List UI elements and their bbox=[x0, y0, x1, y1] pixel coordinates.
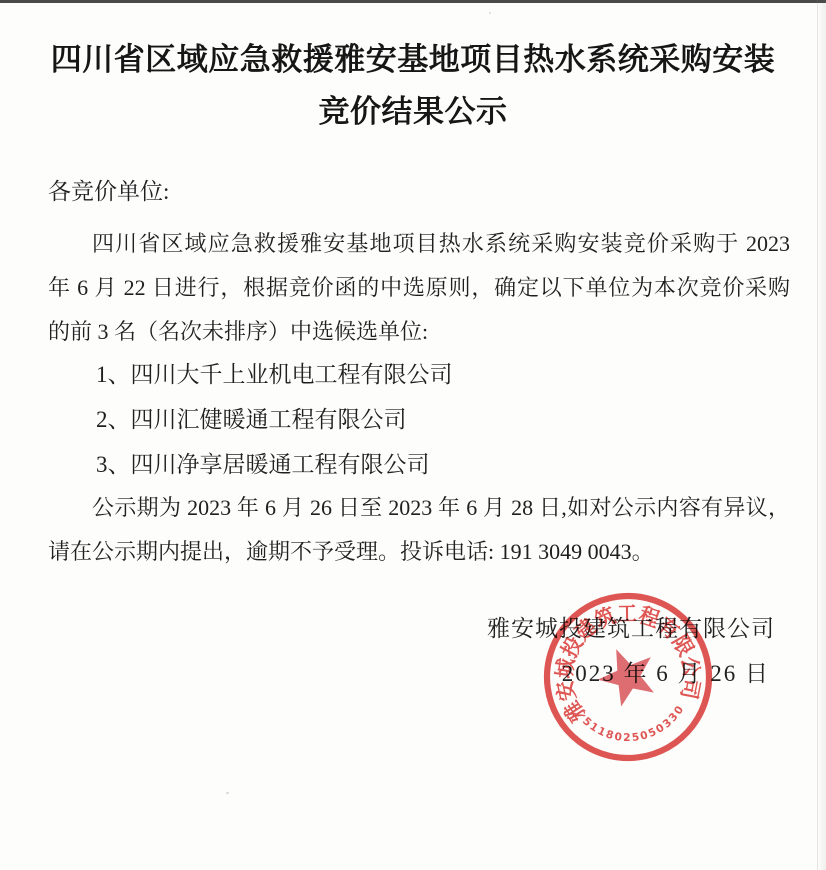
scan-edge-top-artifact bbox=[0, 0, 826, 3]
paragraph-intro-line2: 年 6 月 22 日进行，根据竞价函的中选原则，确定以下单位为本次竞价采购 bbox=[48, 266, 790, 310]
signature-company: 雅安城投建筑工程有限公司 bbox=[487, 614, 775, 644]
seal-serial-number: 5118025050330 bbox=[579, 701, 691, 751]
svg-text:5118025050330: 5118025050330 bbox=[579, 701, 691, 751]
candidate-list: 1、四川大千上业机电工程有限公司 2、四川汇健暖通工程有限公司 3、四川净享居暖… bbox=[96, 352, 790, 487]
paragraph-publicity-line1: 公示期为 2023 年 6 月 26 日至 2023 年 6 月 28 日,如对… bbox=[48, 486, 790, 530]
document-title: 四川省区域应急救援雅安基地项目热水系统采购安装 竞价结果公示 bbox=[0, 34, 826, 138]
candidate-item-3: 3、四川净享居暖通工程有限公司 bbox=[96, 442, 790, 487]
salutation: 各竞价单位: bbox=[48, 176, 169, 208]
candidate-item-2: 2、四川汇健暖通工程有限公司 bbox=[96, 397, 790, 442]
paragraph-publicity-period: 公示期为 2023 年 6 月 26 日至 2023 年 6 月 28 日,如对… bbox=[48, 486, 790, 574]
paragraph-intro-line3: 的前 3 名（名次未排序）中选候选单位: bbox=[48, 310, 790, 354]
document-title-line2: 竞价结果公示 bbox=[0, 86, 826, 138]
scan-speck bbox=[489, 12, 491, 14]
scanned-document-page: 四川省区域应急救援雅安基地项目热水系统采购安装 竞价结果公示 各竞价单位: 四川… bbox=[0, 0, 826, 870]
paragraph-intro: 四川省区域应急救援雅安基地项目热水系统采购安装竞价采购于 2023 年 6 月 … bbox=[48, 222, 790, 354]
candidate-item-1: 1、四川大千上业机电工程有限公司 bbox=[96, 352, 790, 397]
scan-speck bbox=[226, 792, 229, 794]
paragraph-intro-line1: 四川省区域应急救援雅安基地项目热水系统采购安装竞价采购于 2023 bbox=[48, 222, 790, 266]
paragraph-publicity-line2: 请在公示期内提出，逾期不予受理。投诉电话: 191 3049 0043。 bbox=[48, 530, 790, 574]
signature-date: 2023 年 6 月 26 日 bbox=[562, 659, 770, 689]
document-title-line1: 四川省区域应急救援雅安基地项目热水系统采购安装 bbox=[0, 34, 826, 86]
